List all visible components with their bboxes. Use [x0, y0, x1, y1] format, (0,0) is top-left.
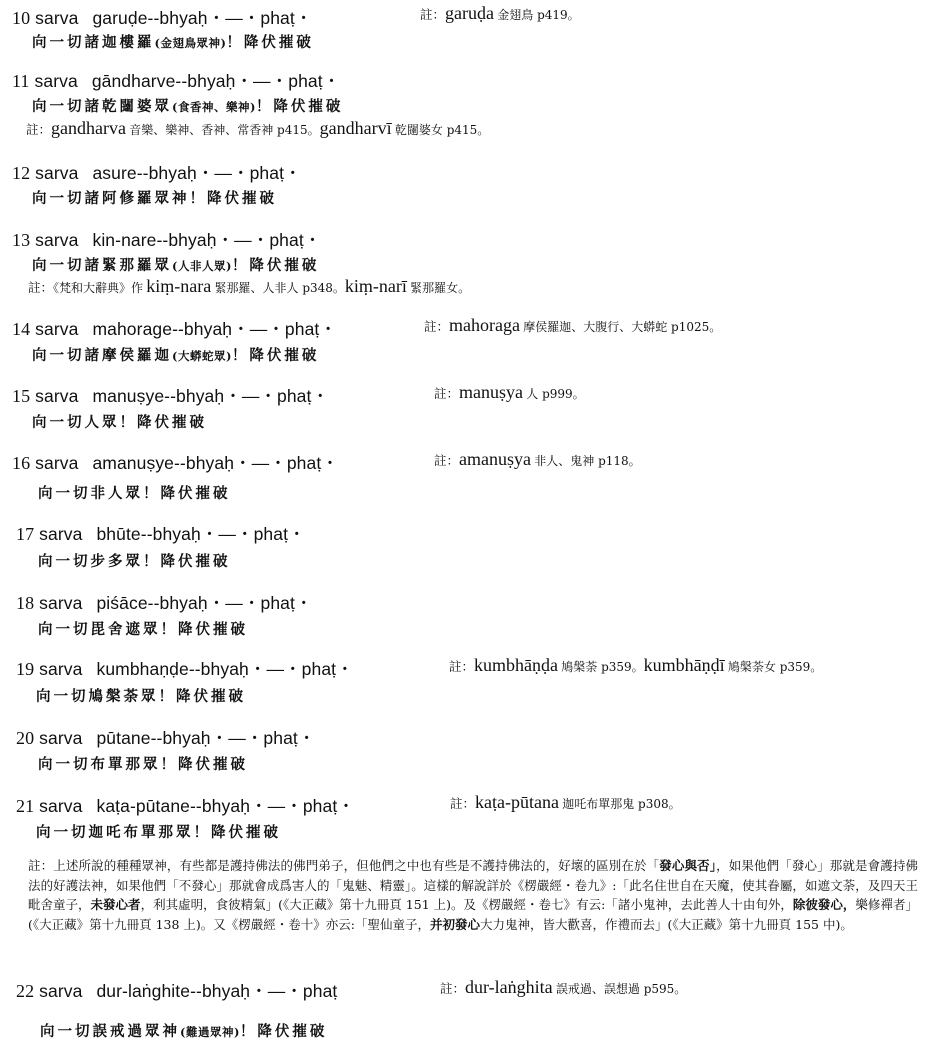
translation-12: 向一切諸阿修羅眾神！降伏摧破 [32, 187, 277, 208]
mantra-word: mahorage--bhyaḥ・—・phaṭ・ [92, 319, 337, 339]
mantra-word: asure--bhyaḥ・—・phaṭ・ [92, 163, 301, 183]
commentary-paragraph: 註：上述所說的種種眾神，有些都是護持佛法的佛門弟子，但他們之中也有些是不護持佛法… [28, 856, 918, 934]
translation-14: 向一切諸摩侯羅迦(大蟒蛇眾)！降伏摧破 [32, 344, 319, 365]
translation-19: 向一切鳩槃荼眾！降伏摧破 [36, 685, 246, 706]
translation-13: 向一切諸緊那羅眾(人非人眾)！降伏摧破 [32, 254, 319, 275]
note-11: 註：gandharva 音樂、樂神、香神、常香神 p415。gandharvī … [26, 118, 489, 139]
translation-15: 向一切人眾！降伏摧破 [32, 411, 207, 432]
mantra-line-10: 10 sarvagaruḍe--bhyaḥ・—・phaṭ・ [12, 5, 312, 30]
note-14: 註：mahoraga 摩侯羅迦、大腹行、大蟒蛇 p1025。 [424, 315, 721, 336]
mantra-word: manuṣye--bhyaḥ・—・phaṭ・ [92, 386, 329, 406]
translation-18: 向一切毘舍遮眾！降伏摧破 [38, 618, 248, 639]
note-13: 註：《梵和大辭典》作 kiṃ-nara 緊那羅、人非人 p348。kiṃ-nar… [28, 276, 470, 297]
mantra-line-14: 14 sarvamahorage--bhyaḥ・—・phaṭ・ [12, 316, 337, 341]
mantra-line-15: 15 sarvamanuṣye--bhyaḥ・—・phaṭ・ [12, 383, 329, 408]
translation-20: 向一切布單那眾！降伏摧破 [38, 753, 248, 774]
translation-10: 向一切諸迦樓羅(金翅鳥眾神)！降伏摧破 [32, 31, 314, 52]
translation-17: 向一切步多眾！降伏摧破 [38, 550, 231, 571]
mantra-word: pūtane--bhyaḥ・—・phaṭ・ [96, 728, 315, 748]
note-19: 註：kumbhāṇḍa 鳩槃荼 p359。kumbhāṇḍī 鳩槃荼女 p359… [449, 655, 822, 676]
mantra-line-12: 12 sarvaasure--bhyaḥ・—・phaṭ・ [12, 160, 302, 185]
note-16: 註：amanuṣya 非人、鬼神 p118。 [434, 449, 641, 470]
mantra-word: dur-laṅghite--bhyaḥ・—・phaṭ [96, 981, 337, 1001]
mantra-line-18: 18 sarvapiśāce--bhyaḥ・—・phaṭ・ [16, 590, 313, 615]
mantra-word: kin-nare--bhyaḥ・—・phaṭ・ [92, 230, 321, 250]
mantra-word: kaṭa-pūtane--bhyaḥ・—・phaṭ・ [96, 796, 354, 816]
translation-11: 向一切諸乾闥婆眾(食香神、樂神)！降伏摧破 [32, 95, 343, 116]
sarva: sarva [35, 8, 78, 28]
mantra-line-20: 20 sarvapūtane--bhyaḥ・—・phaṭ・ [16, 725, 316, 750]
note-21: 註：kaṭa-pūtana 迦吒布單那鬼 p308。 [450, 792, 681, 813]
mantra-line-17: 17 sarvabhūte--bhyaḥ・—・phaṭ・ [16, 521, 306, 546]
note-15: 註：manuṣya 人 p999。 [434, 382, 585, 403]
mantra-line-16: 16 sarvaamanuṣye--bhyaḥ・—・phaṭ・ [12, 450, 339, 475]
note-22: 註：dur-laṅghita 誤戒過、誤想過 p595。 [440, 977, 686, 998]
mantra-word: gāndharve--bhyaḥ・—・phaṭ・ [92, 71, 341, 91]
mantra-line-13: 13 sarvakin-nare--bhyaḥ・—・phaṭ・ [12, 227, 321, 252]
translation-16: 向一切非人眾！降伏摧破 [38, 482, 231, 503]
translation-21: 向一切迦吒布單那眾！降伏摧破 [36, 821, 281, 842]
mantra-line-22: 22 sarvadur-laṅghite--bhyaḥ・—・phaṭ [16, 978, 337, 1003]
mantra-word: piśāce--bhyaḥ・—・phaṭ・ [96, 593, 312, 613]
translation-22: 向一切誤戒過眾神(難過眾神)！降伏摧破 [40, 1020, 327, 1041]
mantra-word: kumbhaṇḍe--bhyaḥ・—・phaṭ・ [96, 659, 353, 679]
mantra-word: bhūte--bhyaḥ・—・phaṭ・ [96, 524, 305, 544]
note-10: 註：garuḍa 金翅鳥 p419。 [420, 3, 580, 24]
mantra-line-21: 21 sarvakaṭa-pūtane--bhyaḥ・—・phaṭ・ [16, 793, 355, 818]
mantra-word: garuḍe--bhyaḥ・—・phaṭ・ [92, 8, 312, 28]
mantra-line-19: 19 sarvakumbhaṇḍe--bhyaḥ・—・phaṭ・ [16, 656, 354, 681]
mantra-word: amanuṣye--bhyaḥ・—・phaṭ・ [92, 453, 338, 473]
mantra-line-11: 11 sarvagāndharve--bhyaḥ・—・phaṭ・ [12, 68, 340, 93]
